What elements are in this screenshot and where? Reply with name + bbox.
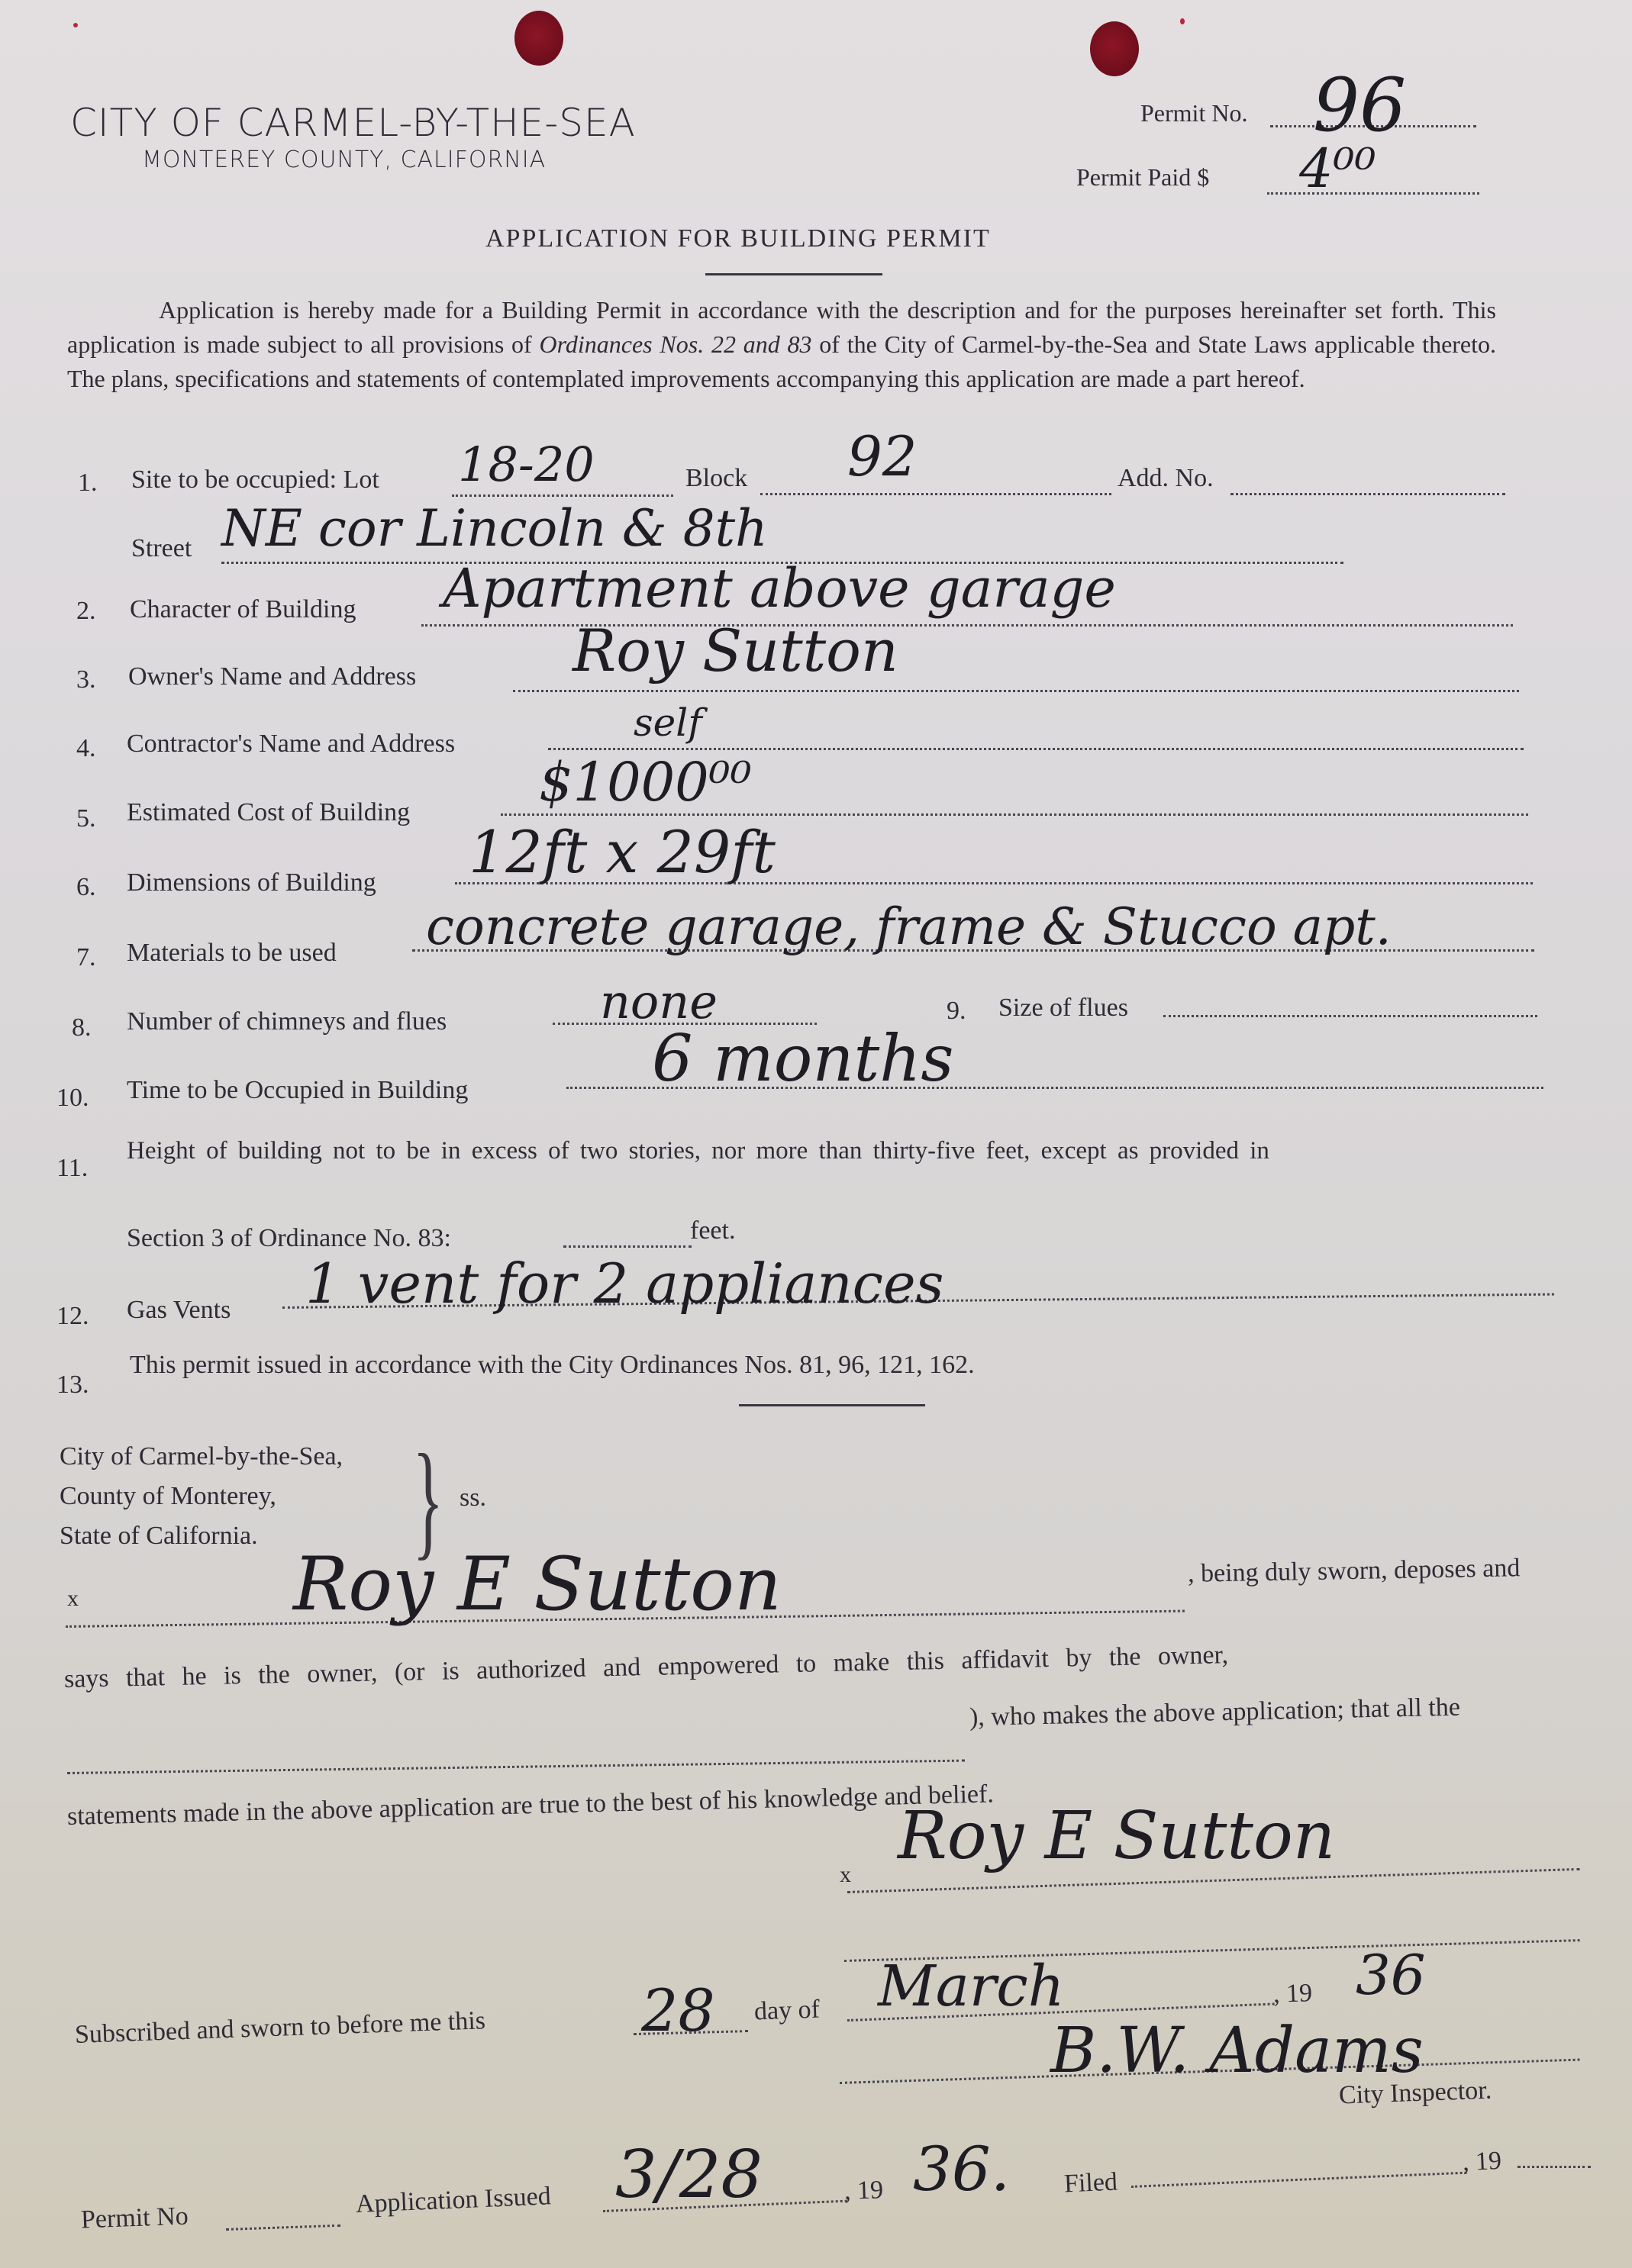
section-rule: [739, 1404, 925, 1406]
field-8-number: 8.: [72, 1013, 92, 1042]
field-11-unit: feet.: [690, 1216, 735, 1245]
field-7-number: 7.: [76, 943, 96, 972]
field-2-value[interactable]: Apartment above garage: [443, 557, 1116, 620]
field-1-number: 1.: [78, 469, 98, 498]
filed-label: Filed: [1063, 2168, 1118, 2199]
permit-paid-label: Permit Paid $: [1076, 163, 1209, 192]
issued-year-value[interactable]: 36.: [913, 2134, 1010, 2205]
field-4-value[interactable]: self: [634, 701, 702, 745]
city-heading: CITY OF CARMEL-BY-THE-SEA: [70, 101, 636, 145]
venue-county: County of Monterey,: [60, 1482, 276, 1511]
field-11-label: Height of building not to be in excess o…: [127, 1137, 1269, 1165]
filed-line[interactable]: [1131, 2172, 1467, 2188]
title-rule: [705, 273, 882, 275]
punch-hole-left: [514, 11, 563, 66]
day-of-label: day of: [753, 1996, 820, 2027]
field-9-label: Size of flues: [998, 994, 1128, 1023]
field-13-text: This permit issued in accordance with th…: [130, 1351, 975, 1380]
field-8-label: Number of chimneys and flues: [127, 1007, 447, 1036]
inspector-title: City Inspector.: [1338, 2076, 1492, 2111]
field-1-label: Site to be occupied: Lot: [131, 466, 379, 495]
field-4-number: 4.: [76, 734, 96, 763]
footer-permit-no-label: Permit No: [80, 2202, 189, 2235]
x-mark: x: [67, 1586, 79, 1612]
lot-value[interactable]: 18-20: [458, 437, 595, 492]
permit-no-label: Permit No.: [1140, 99, 1247, 127]
field-11-label-2: Section 3 of Ordinance No. 83:: [127, 1224, 451, 1253]
sworn-year-prefix: , 19: [1272, 1979, 1312, 2009]
intro-paragraph: Application is hereby made for a Buildin…: [67, 293, 1496, 396]
field-9-line[interactable]: [1163, 1015, 1537, 1017]
filed-year-prefix: , 19: [1462, 2147, 1502, 2177]
field-2-number: 2.: [76, 597, 96, 626]
field-12-value[interactable]: 1 vent for 2 appliances: [305, 1252, 944, 1316]
add-no-line[interactable]: [1230, 493, 1505, 495]
field-10-number: 10.: [56, 1084, 89, 1113]
field-11-number: 11.: [56, 1154, 88, 1183]
field-7-label: Materials to be used: [127, 939, 337, 968]
punch-hole-right: [1090, 21, 1139, 76]
field-13-number: 13.: [56, 1371, 89, 1400]
inspector-signature[interactable]: B.W. Adams: [1050, 2015, 1424, 2087]
venue-city: City of Carmel-by-the-Sea,: [60, 1442, 343, 1471]
field-10-value[interactable]: 6 months: [652, 1021, 953, 1096]
field-12-number: 12.: [56, 1302, 89, 1331]
subscribed-label: Subscribed and sworn to before me this: [74, 2006, 485, 2050]
venue-state: State of California.: [60, 1522, 258, 1551]
field-3-number: 3.: [76, 665, 96, 694]
footer-permit-no-line[interactable]: [226, 2225, 340, 2231]
field-4-label: Contractor's Name and Address: [127, 730, 455, 759]
field-11-line[interactable]: [563, 1245, 692, 1248]
application-issued-label: Application Issued: [355, 2182, 551, 2219]
issued-year-prefix: , 19: [843, 2176, 883, 2206]
x-mark-2: x: [840, 1862, 851, 1888]
permit-no-value[interactable]: 96: [1313, 63, 1406, 148]
field-12-label: Gas Vents: [127, 1296, 231, 1325]
staple-mark: [73, 23, 78, 27]
field-5-value[interactable]: $1000⁰⁰: [539, 751, 752, 813]
affiant-signature[interactable]: Roy E Sutton: [293, 1542, 782, 1627]
field-5-label: Estimated Cost of Building: [127, 798, 410, 827]
block-value[interactable]: 92: [847, 424, 918, 488]
applicant-signature[interactable]: Roy E Sutton: [898, 1798, 1335, 1874]
field-6-value[interactable]: 12ft x 29ft: [469, 818, 776, 886]
lot-line: [452, 495, 673, 497]
add-no-label: Add. No.: [1118, 464, 1214, 493]
block-line: [760, 493, 1111, 495]
day-value[interactable]: 28: [641, 1976, 715, 2044]
street-label: Street: [131, 534, 192, 563]
who-text: ), who makes the above application; that…: [969, 1693, 1461, 1732]
sworn-year-value[interactable]: 36: [1356, 1943, 1426, 2007]
venue-ss: ss.: [460, 1484, 486, 1513]
field-5-line: [501, 813, 1528, 816]
field-3-value[interactable]: Roy Sutton: [572, 617, 898, 685]
month-value[interactable]: March: [878, 1954, 1064, 2019]
field-6-label: Dimensions of Building: [127, 868, 376, 897]
field-3-label: Owner's Name and Address: [128, 662, 416, 691]
filed-year-line[interactable]: [1518, 2166, 1591, 2168]
says-text: says that he is the owner, (or is author…: [64, 1641, 1229, 1694]
issued-date-value[interactable]: 3/28: [615, 2137, 763, 2213]
staple-mark: [1180, 18, 1185, 24]
form-title: APPLICATION FOR BUILDING PERMIT: [485, 224, 991, 253]
block-label: Block: [685, 464, 747, 493]
county-subheading: MONTEREY COUNTY, CALIFORNIA: [142, 147, 546, 173]
sworn-text: , being duly sworn, deposes and: [1188, 1554, 1521, 1589]
field-2-label: Character of Building: [130, 595, 356, 624]
field-4-line: [548, 748, 1524, 750]
field-6-number: 6.: [76, 873, 96, 902]
field-7-value[interactable]: concrete garage, frame & Stucco apt.: [426, 897, 1392, 956]
field-5-number: 5.: [76, 804, 96, 833]
field-3-line: [513, 690, 1519, 692]
field-10-label: Time to be Occupied in Building: [127, 1076, 468, 1105]
street-value[interactable]: NE cor Lincoln & 8th: [221, 499, 768, 558]
authorized-by-line[interactable]: [67, 1760, 965, 1774]
statements-text: statements made in the above application…: [67, 1780, 995, 1831]
permit-paid-value[interactable]: 4⁰⁰: [1299, 137, 1376, 200]
